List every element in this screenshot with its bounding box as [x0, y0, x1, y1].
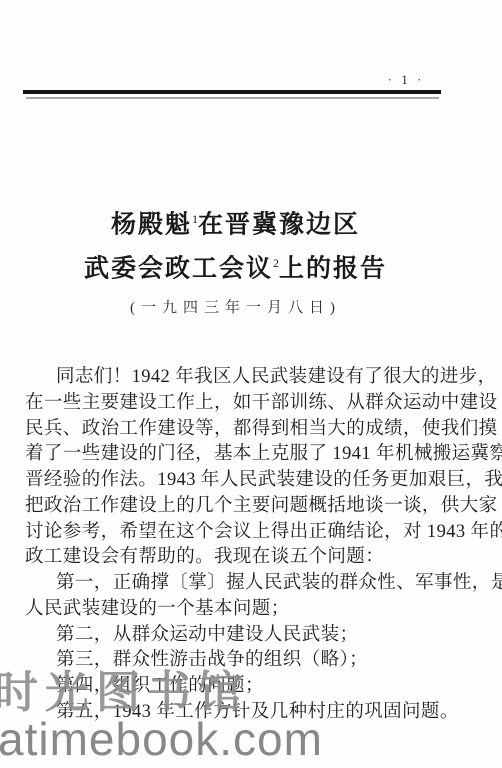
body-line: 讨论参考，希望在这个会议上得出正确结论，对 1943 年的 — [25, 520, 455, 546]
report-title-line-2: 武委会政工会议2上的报告 — [23, 244, 448, 288]
body-line: 着了一些建设的门径，基本上克服了 1941 年机械搬运冀察 — [25, 442, 455, 468]
body-line: 晋经验的作法。1943 年人民武装建设的任务更加艰巨，我 — [25, 468, 455, 494]
title-text: 武委会政工会议 — [84, 256, 273, 283]
watermark-library-name: 时光图书馆 — [0, 656, 249, 720]
body-line: 政工建设会有帮助的。我现在谈五个问题： — [25, 545, 455, 571]
body-line: 人民武装建设的一个基本问题； — [25, 597, 455, 623]
title-text: 上的报告 — [279, 256, 387, 283]
body-line: 第二，从群众运动中建设人民武装； — [25, 623, 455, 649]
report-title-line-1: 杨殿魁1在晋冀豫边区 — [23, 200, 448, 244]
body-line: 第一，正确撑〔掌〕握人民武装的群众性、军事性，是 — [25, 571, 455, 597]
page-number: · 1 · — [383, 72, 429, 88]
scanned-document-page: · 1 · 杨殿魁1在晋冀豫边区 武委会政工会议2上的报告 (一九四三年一月八日… — [0, 0, 502, 768]
watermark-website: atimebook.com — [0, 712, 323, 766]
header-rule-thick — [23, 90, 441, 94]
report-date: (一九四三年一月八日) — [23, 296, 448, 317]
report-title: 杨殿魁1在晋冀豫边区 武委会政工会议2上的报告 — [23, 200, 448, 289]
body-line: 同志们！1942 年我区人民武装建设有了很大的进步， — [25, 365, 455, 391]
title-text: 杨殿魁 — [111, 211, 192, 238]
body-line: 把政治工作建设上的几个主要问题概括地谈一谈，供大家 — [25, 494, 455, 520]
header-rule-thin — [26, 97, 439, 99]
title-text: 在晋冀豫边区 — [198, 211, 360, 238]
body-line: 在一些主要建设工作上，如干部训练、从群众运动中建设 — [25, 391, 455, 417]
body-line: 民兵、政治工作建设等，都得到相当大的成绩，使我们摸 — [25, 417, 455, 443]
